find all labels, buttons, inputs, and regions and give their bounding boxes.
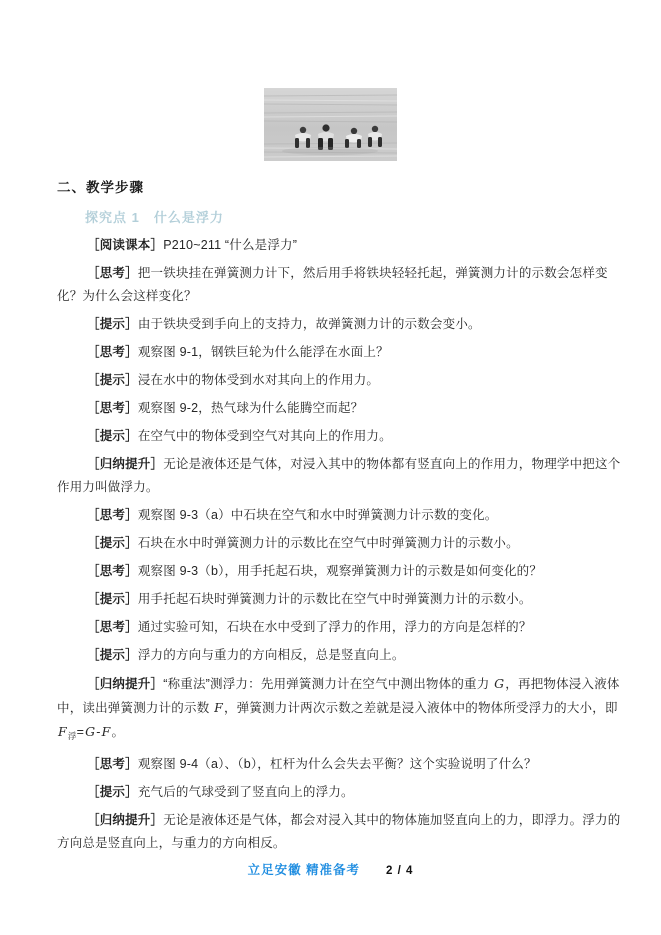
- section-heading: 二、教学步骤: [57, 176, 661, 199]
- paragraph-text: 观察图 9-1，钢铁巨轮为什么能浮在水面上？: [138, 345, 389, 359]
- paragraph-label: ［思考］: [87, 620, 138, 634]
- paragraph-label: ［提示］: [87, 317, 138, 331]
- floating-people-photo: [264, 88, 397, 161]
- paragraph-text: =: [77, 725, 85, 739]
- paragraph: ［提示］浮力的方向与重力的方向相反，总是竖直向上。: [57, 644, 623, 667]
- paragraph-label: ［思考］: [87, 757, 138, 771]
- paragraph-label: ［思考］: [87, 345, 138, 359]
- paragraph-text: 由于铁块受到手向上的支持力，故弹簧测力计的示数会变小。: [138, 317, 481, 331]
- paragraph-label: ［思考］: [87, 508, 138, 522]
- page-number: 2 / 4: [386, 865, 413, 877]
- math-subscript: 浮: [68, 731, 77, 741]
- paragraph-label: ［提示］: [87, 592, 138, 606]
- paragraph-label: ［提示］: [87, 536, 138, 550]
- paragraph: ［思考］观察图 9-1，钢铁巨轮为什么能浮在水面上？: [57, 341, 623, 364]
- paragraph: ［提示］浸在水中的物体受到水对其向上的作用力。: [57, 369, 623, 392]
- paragraph: ［提示］充气后的气球受到了竖直向上的浮力。: [57, 781, 623, 804]
- paragraph-text: 用手托起石块时弹簧测力计的示数比在空气中时弹簧测力计的示数小。: [138, 592, 532, 606]
- paragraph-text: 把一铁块挂在弹簧测力计下，然后用手将铁块轻轻托起，弹簧测力计的示数会怎样变化？为…: [57, 266, 608, 303]
- paragraph-label: ［提示］: [87, 648, 138, 662]
- paragraph-text: 观察图 9-2，热气球为什么能腾空而起？: [138, 401, 364, 415]
- paragraph-label: ［提示］: [87, 373, 138, 387]
- paragraph-label: ［阅读课本］: [87, 238, 163, 252]
- paragraph: ［思考］观察图 9-2，热气球为什么能腾空而起？: [57, 397, 623, 420]
- paragraph-text: 观察图 9-4（a）、（b），杠杆为什么会失去平衡？这个实验说明了什么？: [138, 757, 537, 771]
- paragraph: ［归纳提升］无论是液体还是气体，都会对浸入其中的物体施加竖直向上的力，即浮力。浮…: [57, 809, 623, 855]
- paragraph-text: 在空气中的物体受到空气对其向上的作用力。: [138, 429, 392, 443]
- math-symbol: F: [101, 724, 112, 739]
- paragraph-label: ［思考］: [87, 401, 138, 415]
- paragraph: ［阅读课本］P210~211 “什么是浮力”: [57, 234, 623, 257]
- paragraph: ［思考］通过实验可知，石块在水中受到了浮力的作用，浮力的方向是怎样的？: [57, 616, 623, 639]
- paragraph-label: ［提示］: [87, 785, 138, 799]
- paragraph: ［归纳提升］“称重法”测浮力：先用弹簧测力计在空气中测出物体的重力 G，再把物体…: [57, 672, 623, 748]
- paragraph-text: 浸在水中的物体受到水对其向上的作用力。: [138, 373, 379, 387]
- paragraph-text: 石块在水中时弹簧测力计的示数比在空气中时弹簧测力计的示数小。: [138, 536, 519, 550]
- math-symbol: G: [493, 676, 505, 691]
- inquiry-point-subheading: 探究点 1 什么是浮力: [85, 208, 661, 228]
- paragraph-label: ［归纳提升］: [87, 457, 163, 471]
- paragraph-text: -: [96, 725, 100, 739]
- paragraph: ［提示］石块在水中时弹簧测力计的示数比在空气中时弹簧测力计的示数小。: [57, 532, 623, 555]
- paragraph-text: “称重法”测浮力：先用弹簧测力计在空气中测出物体的重力: [163, 677, 493, 691]
- paragraph: ［提示］在空气中的物体受到空气对其向上的作用力。: [57, 425, 623, 448]
- paragraph-label: ［思考］: [87, 266, 138, 280]
- paragraph-label: ［思考］: [87, 564, 138, 578]
- page-footer: 立足安徽 精准备考 2 / 4: [0, 860, 661, 878]
- math-symbol: F: [213, 700, 224, 715]
- math-symbol: F: [57, 724, 68, 739]
- paragraph-text: 观察图 9-3（a）中石块在空气和水中时弹簧测力计示数的变化。: [138, 508, 498, 522]
- paragraph-text: 通过实验可知，石块在水中受到了浮力的作用，浮力的方向是怎样的？: [138, 620, 532, 634]
- paragraph-text: 浮力的方向与重力的方向相反，总是竖直向上。: [138, 648, 405, 662]
- document-page: 二、教学步骤 探究点 1 什么是浮力 ［阅读课本］P210~211 “什么是浮力…: [0, 0, 661, 935]
- paragraph-text: 充气后的气球受到了竖直向上的浮力。: [138, 785, 354, 799]
- paragraph: ［提示］用手托起石块时弹簧测力计的示数比在空气中时弹簧测力计的示数小。: [57, 588, 623, 611]
- paragraph: ［思考］观察图 9-4（a）、（b），杠杆为什么会失去平衡？这个实验说明了什么？: [57, 753, 623, 776]
- paragraph-label: ［归纳提升］: [87, 813, 163, 827]
- paragraph-text: P210~211 “什么是浮力”: [163, 238, 297, 252]
- footer-slogan: 立足安徽 精准备考: [248, 860, 360, 878]
- paragraph: ［归纳提升］无论是液体还是气体，对浸入其中的物体都有竖直向上的作用力，物理学中把…: [57, 453, 623, 499]
- paragraph: ［思考］观察图 9-3（b），用手托起石块，观察弹簧测力计的示数是如何变化的？: [57, 560, 623, 583]
- math-symbol: G: [84, 724, 96, 739]
- paragraph-text: 观察图 9-3（b），用手托起石块，观察弹簧测力计的示数是如何变化的？: [138, 564, 542, 578]
- paragraph: ［提示］由于铁块受到手向上的支持力，故弹簧测力计的示数会变小。: [57, 313, 623, 336]
- paragraph-label: ［提示］: [87, 429, 138, 443]
- paragraph-text: 。: [112, 725, 125, 739]
- paragraph-label: ［归纳提升］: [87, 677, 163, 691]
- paragraph-text: ，弹簧测力计两次示数之差就是浸入液体中的物体所受浮力的大小，即: [224, 701, 618, 715]
- paragraph: ［思考］观察图 9-3（a）中石块在空气和水中时弹簧测力计示数的变化。: [57, 504, 623, 527]
- paragraph: ［思考］把一铁块挂在弹簧测力计下，然后用手将铁块轻轻托起，弹簧测力计的示数会怎样…: [57, 262, 623, 308]
- paragraph-list: ［阅读课本］P210~211 “什么是浮力”［思考］把一铁块挂在弹簧测力计下，然…: [0, 234, 661, 855]
